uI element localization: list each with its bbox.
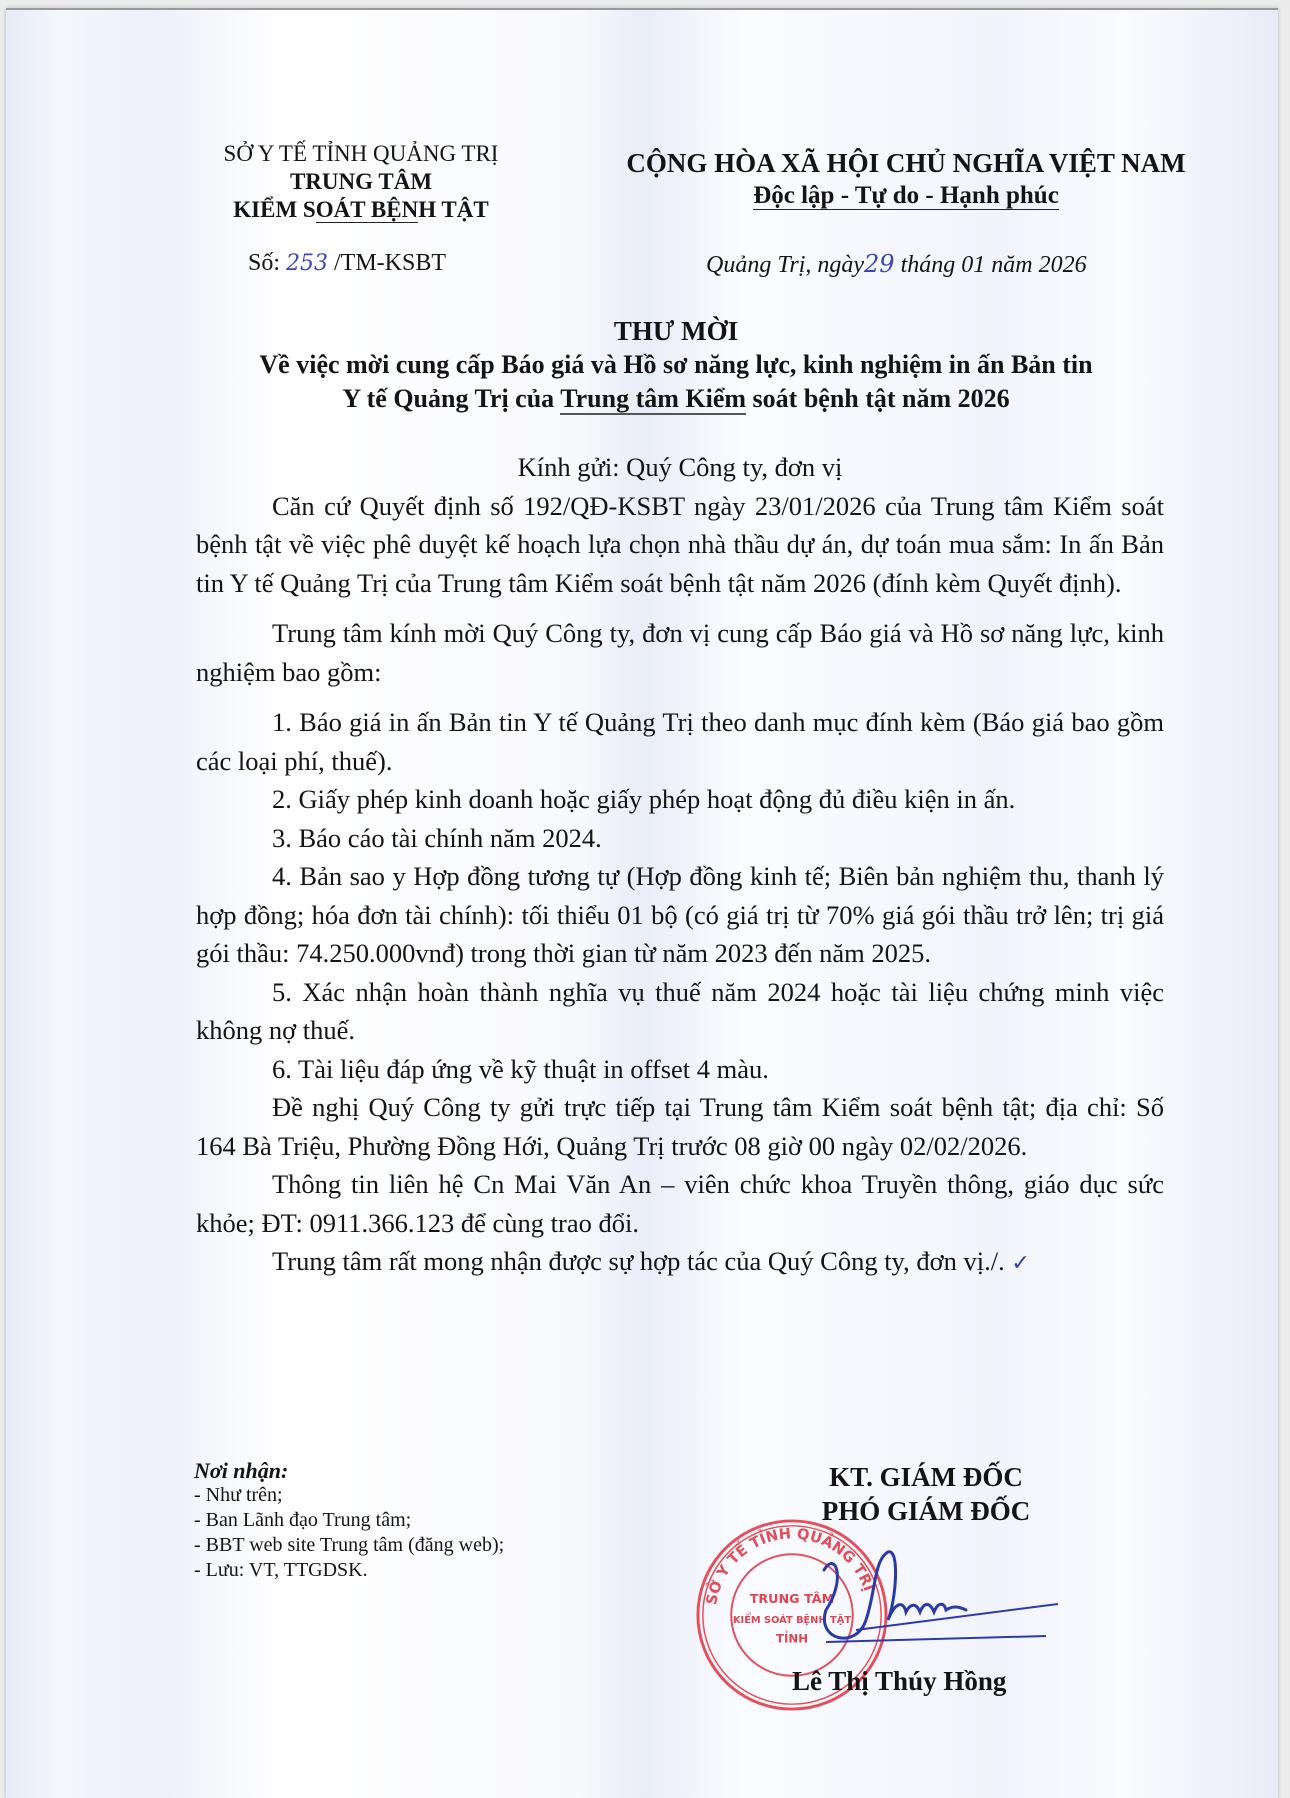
handwritten-signature-icon xyxy=(796,1540,1066,1660)
list-item: 6. Tài liệu đáp ứng về kỹ thuật in offse… xyxy=(196,1050,1164,1089)
recipients-block: Nơi nhận: - Như trên; - Ban Lãnh đạo Tru… xyxy=(194,1458,504,1583)
org-name-line2: KIỂM SOÁT BỆNH TẬT xyxy=(156,196,566,224)
department-name: SỞ Y TẾ TỈNH QUẢNG TRỊ xyxy=(156,140,566,168)
subject-line-2: Y tế Quảng Trị của Trung tâm Kiểm soát b… xyxy=(186,382,1166,416)
paragraph-invite: Trung tâm kính mời Quý Công ty, đơn vị c… xyxy=(196,614,1164,691)
national-header: CỘNG HÒA XÃ HỘI CHỦ NGHĨA VIỆT NAM Độc l… xyxy=(626,146,1186,212)
document-number: Số:253/TM-KSBT xyxy=(248,250,446,277)
list-item: 2. Giấy phép kinh doanh hoặc giấy phép h… xyxy=(196,780,1164,819)
document-page: SỞ Y TẾ TỈNH QUẢNG TRỊ TRUNG TÂM KIỂM SO… xyxy=(6,8,1278,1798)
signature-line-1: KT. GIÁM ĐỐC xyxy=(776,1460,1076,1494)
nation-name: CỘNG HÒA XÃ HỘI CHỦ NGHĨA VIỆT NAM xyxy=(626,146,1186,180)
paragraph-contact: Thông tin liên hệ Cn Mai Văn An – viên c… xyxy=(196,1165,1164,1242)
paragraph-basis: Căn cứ Quyết định số 192/QĐ-KSBT ngày 23… xyxy=(196,487,1164,603)
list-item: 3. Báo cáo tài chính năm 2024. xyxy=(196,819,1164,858)
checkmark-icon: ✓ xyxy=(1011,1250,1029,1275)
document-date: Quảng Trị, ngày29 tháng 01 năm 2026 xyxy=(706,250,1087,279)
recipient-item: - Ban Lãnh đạo Trung tâm; xyxy=(194,1508,504,1533)
paragraph-closing: Trung tâm rất mong nhận được sự hợp tác … xyxy=(196,1242,1164,1283)
recipients-heading: Nơi nhận: xyxy=(194,1458,504,1483)
recipient-item: - Như trên; xyxy=(194,1483,504,1508)
national-motto: Độc lập - Tự do - Hạnh phúc xyxy=(626,180,1186,212)
org-name-line1: TRUNG TÂM xyxy=(156,168,566,196)
list-item: 5. Xác nhận hoàn thành nghĩa vụ thuế năm… xyxy=(196,973,1164,1050)
list-item: 1. Báo giá in ấn Bản tin Y tế Quảng Trị … xyxy=(196,703,1164,780)
signature-line-2: PHÓ GIÁM ĐỐC xyxy=(776,1494,1076,1528)
issuer-header: SỞ Y TẾ TỈNH QUẢNG TRỊ TRUNG TÂM KIỂM SO… xyxy=(156,140,566,224)
doc-type: THƯ MỜI xyxy=(186,314,1166,348)
handwritten-day: 29 xyxy=(864,250,895,278)
signature-title: KT. GIÁM ĐỐC PHÓ GIÁM ĐỐC xyxy=(776,1460,1076,1528)
salutation: Kính gửi: Quý Công ty, đơn vị xyxy=(196,448,1164,487)
letter-title: THƯ MỜI Về việc mời cung cấp Báo giá và … xyxy=(186,314,1166,416)
handwritten-number: 253 xyxy=(286,251,328,276)
letter-body: Kính gửi: Quý Công ty, đơn vị Căn cứ Quy… xyxy=(196,448,1164,1283)
signer-name: Lê Thị Thúy Hồng xyxy=(792,1666,1006,1697)
paragraph-submit: Đề nghị Quý Công ty gửi trực tiếp tại Tr… xyxy=(196,1088,1164,1165)
subject-line-1: Về việc mời cung cấp Báo giá và Hồ sơ nă… xyxy=(186,348,1166,382)
recipient-item: - Lưu: VT, TTGDSK. xyxy=(194,1558,504,1583)
recipient-item: - BBT web site Trung tâm (đăng web); xyxy=(194,1533,504,1558)
list-item: 4. Bản sao y Hợp đồng tương tự (Hợp đồng… xyxy=(196,857,1164,973)
